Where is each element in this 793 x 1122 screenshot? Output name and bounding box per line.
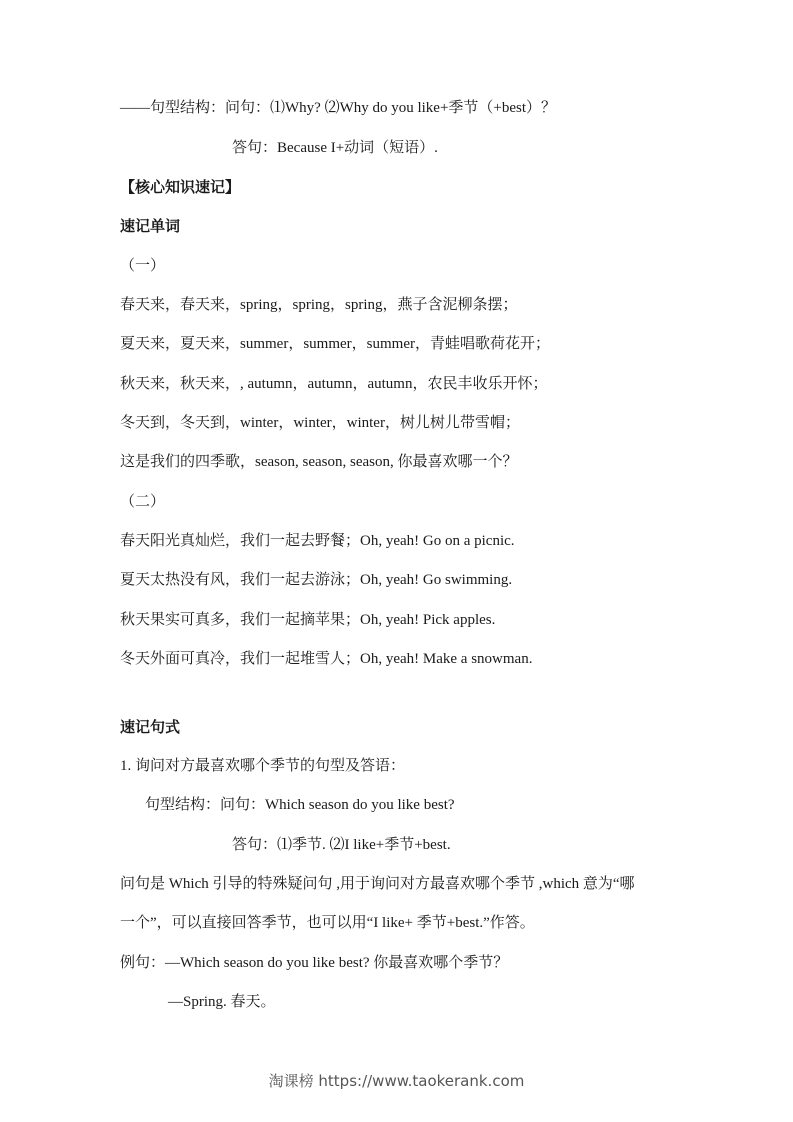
item1-title: 1. 询问对方最喜欢哪个季节的句型及答语： bbox=[120, 756, 405, 776]
footer-watermark: 淘课榜 https://www.taokerank.com bbox=[0, 1070, 793, 1091]
vocab-heading: 速记单词 bbox=[120, 216, 180, 236]
question-structure-line: ——句型结构：问句：⑴Why? ⑵Why do you like+季节（+bes… bbox=[120, 98, 556, 118]
sentences-heading: 速记句式 bbox=[120, 717, 180, 737]
rhyme-line: 夏天来，夏天来，summer，summer，summer，青蛙唱歌荷花开； bbox=[120, 334, 550, 354]
explanation-line-2: 一个”，可以直接回答季节，也可以用“I like+ 季节+best.”作答。 bbox=[120, 913, 535, 933]
item1-question: 句型结构：问句：Which season do you like best? bbox=[145, 795, 455, 815]
part1-label: （一） bbox=[120, 256, 165, 276]
rhyme-line: 这是我们的四季歌，season, season, season, 你最喜欢哪一个… bbox=[120, 452, 517, 472]
example-question: 例句：—Which season do you like best? 你最喜欢哪… bbox=[120, 953, 508, 973]
rhyme-line: 秋天来，秋天来，, autumn，autumn，autumn，农民丰收乐开怀； bbox=[120, 374, 547, 394]
explanation-line-1: 问句是 Which 引导的特殊疑问句 ,用于询问对方最喜欢哪个季节 ,which… bbox=[120, 874, 635, 894]
part2-label: （二） bbox=[120, 492, 165, 512]
chant-line: 春天阳光真灿烂，我们一起去野餐；Oh, yeah! Go on a picnic… bbox=[120, 531, 515, 551]
example-answer: —Spring. 春天。 bbox=[168, 992, 276, 1012]
rhyme-line: 冬天到，冬天到，winter，winter，winter，树儿树儿带雪帽； bbox=[120, 413, 520, 433]
rhyme-line: 春天来，春天来，spring，spring，spring，燕子含泥柳条摆； bbox=[120, 295, 518, 315]
item1-answer: 答句：⑴季节. ⑵I like+季节+best. bbox=[232, 835, 451, 855]
chant-line: 冬天外面可真冷，我们一起堆雪人；Oh, yeah! Make a snowman… bbox=[120, 649, 532, 669]
core-knowledge-heading: 【核心知识速记】 bbox=[120, 177, 240, 197]
chant-line: 秋天果实可真多，我们一起摘苹果；Oh, yeah! Pick apples. bbox=[120, 610, 495, 630]
chant-line: 夏天太热没有风，我们一起去游泳；Oh, yeah! Go swimming. bbox=[120, 570, 512, 590]
answer-structure-line: 答句：Because I+动词（短语）. bbox=[232, 138, 438, 158]
